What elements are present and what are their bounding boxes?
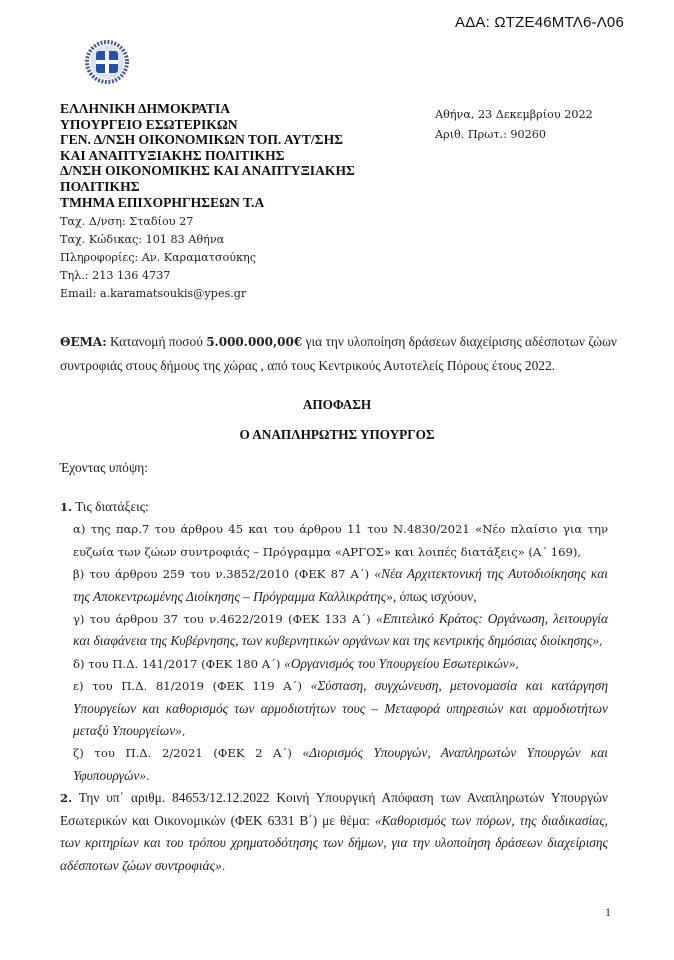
subject: ΘΕΜΑ: Κατανομή ποσού 5.000.000,00€ για τ… xyxy=(60,330,620,377)
org-line: ΓΕΝ. Δ/ΝΣΗ ΟΙΚΟΝΟΜΙΚΩΝ ΤΟΠ. ΑΥΤ/ΣΗΣ xyxy=(60,132,400,148)
subject-text-pre: Κατανομή ποσού xyxy=(107,334,207,349)
org-line: ΠΟΛΙΤΙΚΗΣ xyxy=(60,179,400,195)
greek-state-emblem-icon xyxy=(85,40,129,84)
decision-heading: ΑΠΟΦΑΣΗ xyxy=(0,397,674,413)
item-1c: γ) του άρθρου 37 του ν.4622/2019 (ΦΕΚ 13… xyxy=(60,608,608,653)
item-1b: β) του άρθρου 259 του ν.3852/2010 (ΦΕΚ 8… xyxy=(60,563,608,608)
org-line: ΚΑΙ ΑΝΑΠΤΥΞΙΑΚΗΣ ΠΟΛΙΤΙΚΗΣ xyxy=(60,148,400,164)
subject-amount: 5.000.000,00€ xyxy=(206,335,302,349)
org-line: Δ/ΝΣΗ ΟΙΚΟΝΟΜΙΚΗΣ ΚΑΙ ΑΝΑΠΤΥΞΙΑΚΗΣ xyxy=(60,163,400,179)
email: Email: a.karamatsoukis@ypes.gr xyxy=(60,285,400,303)
item-2: 2. Την υπ΄ αριθμ. 84653/12.12.2022 Κοινή… xyxy=(60,787,608,877)
minister-heading: Ο ΑΝΑΠΛΗΡΩΤΗΣ ΥΠΟΥΡΓΟΣ xyxy=(0,427,674,443)
date-block: Αθήνα, 23 Δεκεμβρίου 2022 Αριθ. Πρωτ.: 9… xyxy=(435,105,593,145)
org-line: ΥΠΟΥΡΓΕΙΟ ΕΣΩΤΕΡΙΚΩΝ xyxy=(60,117,400,133)
phone: Τηλ.: 213 136 4737 xyxy=(60,267,400,285)
item-1d: δ) του Π.Δ. 141/2017 (ΦΕΚ 180 Α΄) «Οργαν… xyxy=(60,653,608,675)
postal-code: Ταχ. Κώδικας: 101 83 Αθήνα xyxy=(60,231,400,249)
item-1e: ε) του Π.Δ. 81/2019 (ΦΕΚ 119 Α΄) «Σύστασ… xyxy=(60,675,608,742)
item-1z: ζ) του Π.Δ. 2/2021 (ΦΕΚ 2 Α΄) «Διορισμός… xyxy=(60,742,608,787)
contact-person: Πληροφορίες: Αν. Καραματσούκης xyxy=(60,249,400,267)
issuing-authority: ΕΛΛΗΝΙΚΗ ΔΗΜΟΚΡΑΤΙΑ ΥΠΟΥΡΓΕΙΟ ΕΣΩΤΕΡΙΚΩΝ… xyxy=(60,101,400,210)
page-number: 1 xyxy=(605,905,611,920)
org-line: ΕΛΛΗΝΙΚΗ ΔΗΜΟΚΡΑΤΙΑ xyxy=(60,101,400,117)
considering-label: Έχοντας υπόψη: xyxy=(60,460,148,476)
item-1: 1. Τις διατάξεις: xyxy=(60,496,608,518)
ada-code: ΑΔΑ: ΩΤΖΕ46ΜΤΛ6-Λ06 xyxy=(455,14,624,31)
postal-address: Ταχ. Δ/νση: Σταδίου 27 xyxy=(60,213,400,231)
org-line: ΤΜΗΜΑ ΕΠΙΧΟΡΗΓΗΣΕΩΝ Τ.Α xyxy=(60,195,400,211)
subject-label: ΘΕΜΑ: xyxy=(60,335,107,349)
item-1a: α) της παρ.7 του άρθρου 45 και του άρθρο… xyxy=(60,518,608,563)
document-body: 1. Τις διατάξεις: α) της παρ.7 του άρθρο… xyxy=(60,496,608,877)
document-date: Αθήνα, 23 Δεκεμβρίου 2022 xyxy=(435,105,593,125)
protocol-number: Αριθ. Πρωτ.: 90260 xyxy=(435,125,593,145)
contact-block: Ταχ. Δ/νση: Σταδίου 27 Ταχ. Κώδικας: 101… xyxy=(60,213,400,303)
